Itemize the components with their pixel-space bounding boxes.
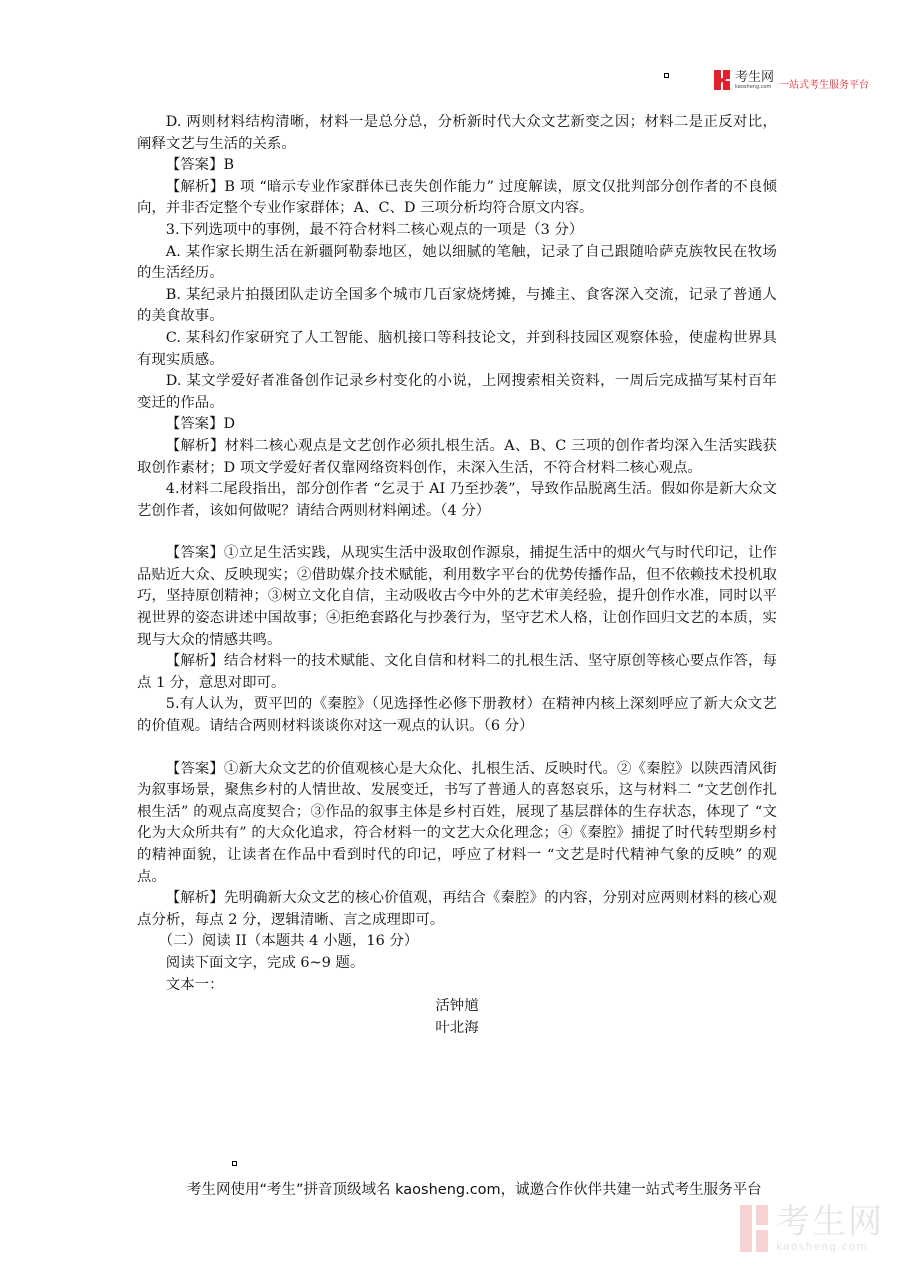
q2-option-d: D. 两则材料结构清晰，材料一是总分总，分析新时代大众文艺新变之因；材料二是正反…	[137, 112, 777, 155]
section2-title: （二）阅读 II（本题共 4 小题，16 分）	[137, 931, 777, 953]
q3-option-c: C. 某科幻作家研究了人工智能、脑机接口等科技论文，并到科技园区观察体验，使虚构…	[137, 328, 777, 371]
q4-answer: 【答案】①立足生活实践，从现实生活中汲取创作源泉，捕捉生活中的烟火气与时代印记，…	[137, 543, 777, 651]
q5-answer: 【答案】①新大众文艺的价值观核心是大众化、扎根生活、反映时代。②《秦腔》以陕西清…	[137, 759, 777, 889]
kaosheng-logo-icon	[714, 70, 732, 90]
header-placeholder-box	[664, 73, 669, 78]
q5-stem: 5.有人认为，贾平凹的《秦腔》（见选择性必修下册教材）在精神内核上深刻呼应了新大…	[137, 694, 777, 737]
q3-option-b: B. 某纪录片拍摄团队走访全国多个城市几百家烧烤摊，与摊主、食客深入交流，记录了…	[137, 285, 777, 328]
q2-analysis: 【解析】B 项 “暗示专业作家群体已丧失创作能力” 过度解读，原文仅批判部分创作…	[137, 177, 777, 220]
header-slogan: 一站式考生服务平台	[779, 76, 869, 91]
q5-analysis: 【解析】先明确新大众文艺的核心价值观，再结合《秦腔》的内容，分别对应两则材料的核…	[137, 888, 777, 931]
q3-stem: 3.下列选项中的事例，最不符合材料二核心观点的一项是（3 分）	[137, 220, 777, 242]
logo-domain: kaosheng.com	[735, 85, 774, 90]
section2-instruction: 阅读下面文字，完成 6~9 题。	[137, 953, 777, 975]
q4-analysis: 【解析】结合材料一的技术赋能、文化自信和材料二的扎根生活、坚守原创等核心要点作答…	[137, 651, 777, 694]
watermark-domain: kaosheng.com	[776, 1241, 884, 1252]
text1-title: 活钟馗	[137, 996, 777, 1018]
logo-chinese-name: 考生网	[735, 71, 774, 84]
kaosheng-watermark: 考生网 kaosheng.com	[740, 1205, 884, 1252]
text1-author: 叶北海	[137, 1018, 777, 1040]
q3-option-a: A. 某作家长期生活在新疆阿勒泰地区，她以细腻的笔触，记录了自己跟随哈萨克族牧民…	[137, 242, 777, 285]
kaosheng-logo[interactable]: 考生网 kaosheng.com	[714, 69, 774, 91]
footer-promo-text: 考生网使用“考生”拼音顶级域名 kaosheng.com，诚邀合作伙伴共建一站式…	[187, 1178, 762, 1199]
q2-option-d-line1: D. 两则材料结构清晰，材料一是总分总，分析新时代大众文艺新变之因；材料二是正	[166, 114, 718, 130]
q3-option-d: D. 某文学爱好者准备创作记录乡村变化的小说，上网搜索相关资料，一周后完成描写某…	[137, 371, 777, 414]
watermark-chinese-name: 考生网	[776, 1205, 884, 1239]
text1-label: 文本一：	[137, 975, 777, 997]
footer-placeholder-box	[232, 1161, 237, 1166]
answer-space	[137, 738, 777, 759]
document-body: D. 两则材料结构清晰，材料一是总分总，分析新时代大众文艺新变之因；材料二是正反…	[137, 112, 777, 1039]
watermark-logo-icon	[740, 1205, 768, 1252]
q3-analysis: 【解析】材料二核心观点是文艺创作必须扎根生活。A、B、C 三项的创作者均深入生活…	[137, 436, 777, 479]
q2-answer: 【答案】B	[137, 155, 777, 177]
q3-answer: 【答案】D	[137, 414, 777, 436]
q4-stem: 4.材料二尾段指出，部分创作者 “乞灵于 AI 乃至抄袭”，导致作品脱离生活。假…	[137, 479, 777, 522]
answer-space	[137, 522, 777, 543]
